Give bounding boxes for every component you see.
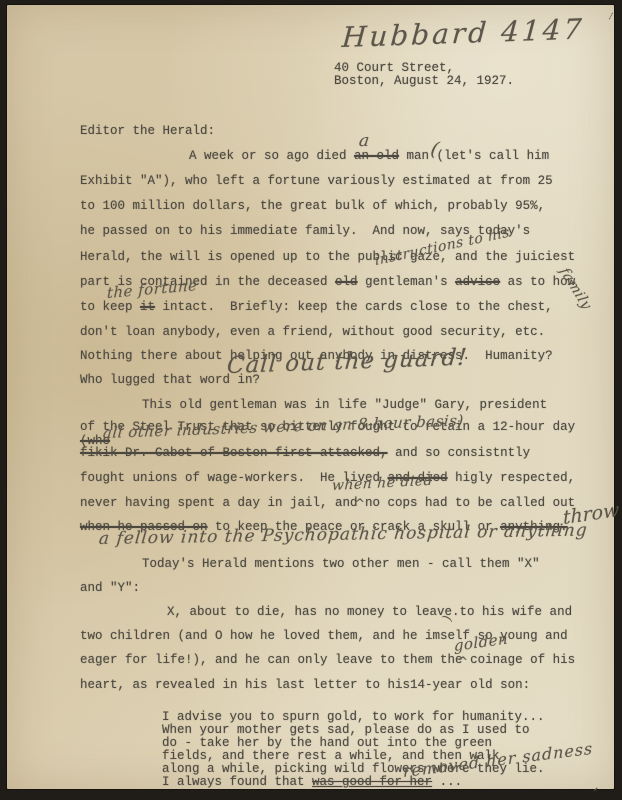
insert-a-note: a <box>358 131 370 151</box>
typed-text: man (let's call him <box>399 149 549 163</box>
typed-line: Editor the Herald: <box>80 124 215 138</box>
typed-text: don't loan anybody, even a friend, witho… <box>80 325 545 339</box>
struck-text: advice <box>455 275 500 289</box>
typed-text: This old gentleman was in life "Judge" G… <box>142 398 547 412</box>
flourish-mark: , <box>593 777 602 793</box>
typed-text: and so consistntly <box>388 446 531 460</box>
phone-note: Hubbard 4147 <box>341 12 586 54</box>
typed-line: heart, as revealed in his last letter to… <box>80 678 530 692</box>
typed-text: to 100 million dollars, the great bulk o… <box>80 199 545 213</box>
typed-text: X, about to die, has no money to leave.t… <box>167 605 572 619</box>
typed-text: Herald, the will is opened up to the pub… <box>80 250 575 264</box>
struck-text: fikik Dr. Cabot of Boston first attacked… <box>80 446 388 460</box>
typed-line: and "Y": <box>80 581 140 595</box>
typed-text: intact. Briefly: keep the cards close to… <box>155 300 553 314</box>
typed-text: A week or so ago died <box>189 149 354 163</box>
letter-page: 40 Court Street,Boston, August 24, 1927.… <box>7 5 614 789</box>
typed-line: to 100 million dollars, the great bulk o… <box>80 199 545 213</box>
typed-line: never having spent a day in jail, and no… <box>80 496 575 510</box>
typed-text: I always found that <box>162 775 312 789</box>
typed-line: Boston, August 24, 1927. <box>334 74 514 88</box>
typed-line: Exhibit "A"), who left a fortune various… <box>80 174 553 188</box>
typed-text: ... <box>432 775 462 789</box>
typed-line: to keep it intact. Briefly: keep the car… <box>80 300 553 314</box>
typed-line: fought unions of wage-workers. He lived … <box>80 471 575 485</box>
typed-line: This old gentleman was in life "Judge" G… <box>142 398 547 412</box>
typed-text: gentleman's <box>358 275 456 289</box>
struck-text: old <box>335 275 358 289</box>
typed-text: Editor the Herald: <box>80 124 215 138</box>
typed-text: Exhibit "A"), who left a fortune various… <box>80 174 553 188</box>
struck-text: an old <box>354 149 399 163</box>
typed-line: Herald, the will is opened up to the pub… <box>80 250 575 264</box>
typed-text: Today's Herald mentions two other men - … <box>142 557 540 571</box>
typed-text: higly respected, <box>448 471 576 485</box>
typed-text: When your mother gets sad, please do as … <box>162 723 530 737</box>
typed-text: and "Y": <box>80 581 140 595</box>
typed-text: to keep <box>80 300 140 314</box>
struck-text: it <box>140 300 155 314</box>
typed-text: heart, as revealed in his last letter to… <box>80 678 530 692</box>
typed-text: do - take her by the hand out into the g… <box>162 736 492 750</box>
caret-golden-mark: ^ <box>456 655 468 670</box>
typed-text: 40 Court Street, <box>334 61 454 75</box>
typed-line: Today's Herald mentions two other men - … <box>142 557 540 571</box>
corner-mark: ⁞ <box>607 11 614 22</box>
typed-line: A week or so ago died an old man (let's … <box>189 149 549 163</box>
caret-and-mark: ^ <box>353 497 365 512</box>
typed-text: eager for life!), and he can only leave … <box>80 653 575 667</box>
typed-line: fikik Dr. Cabot of Boston first attacked… <box>80 446 530 460</box>
industries-note: all other industries were on an 8-hour b… <box>102 411 464 442</box>
typed-line: X, about to die, has no money to leave.t… <box>167 605 572 619</box>
typed-line: eager for life!), and he can only leave … <box>80 653 575 667</box>
scan-background: 40 Court Street,Boston, August 24, 1927.… <box>0 0 622 800</box>
typed-text: Boston, August 24, 1927. <box>334 74 514 88</box>
typed-text: I advise you to spurn gold, to work for … <box>162 710 545 724</box>
typed-line: don't loan anybody, even a friend, witho… <box>80 325 545 339</box>
typed-text: never having spent a day in jail, and no… <box>80 496 575 510</box>
